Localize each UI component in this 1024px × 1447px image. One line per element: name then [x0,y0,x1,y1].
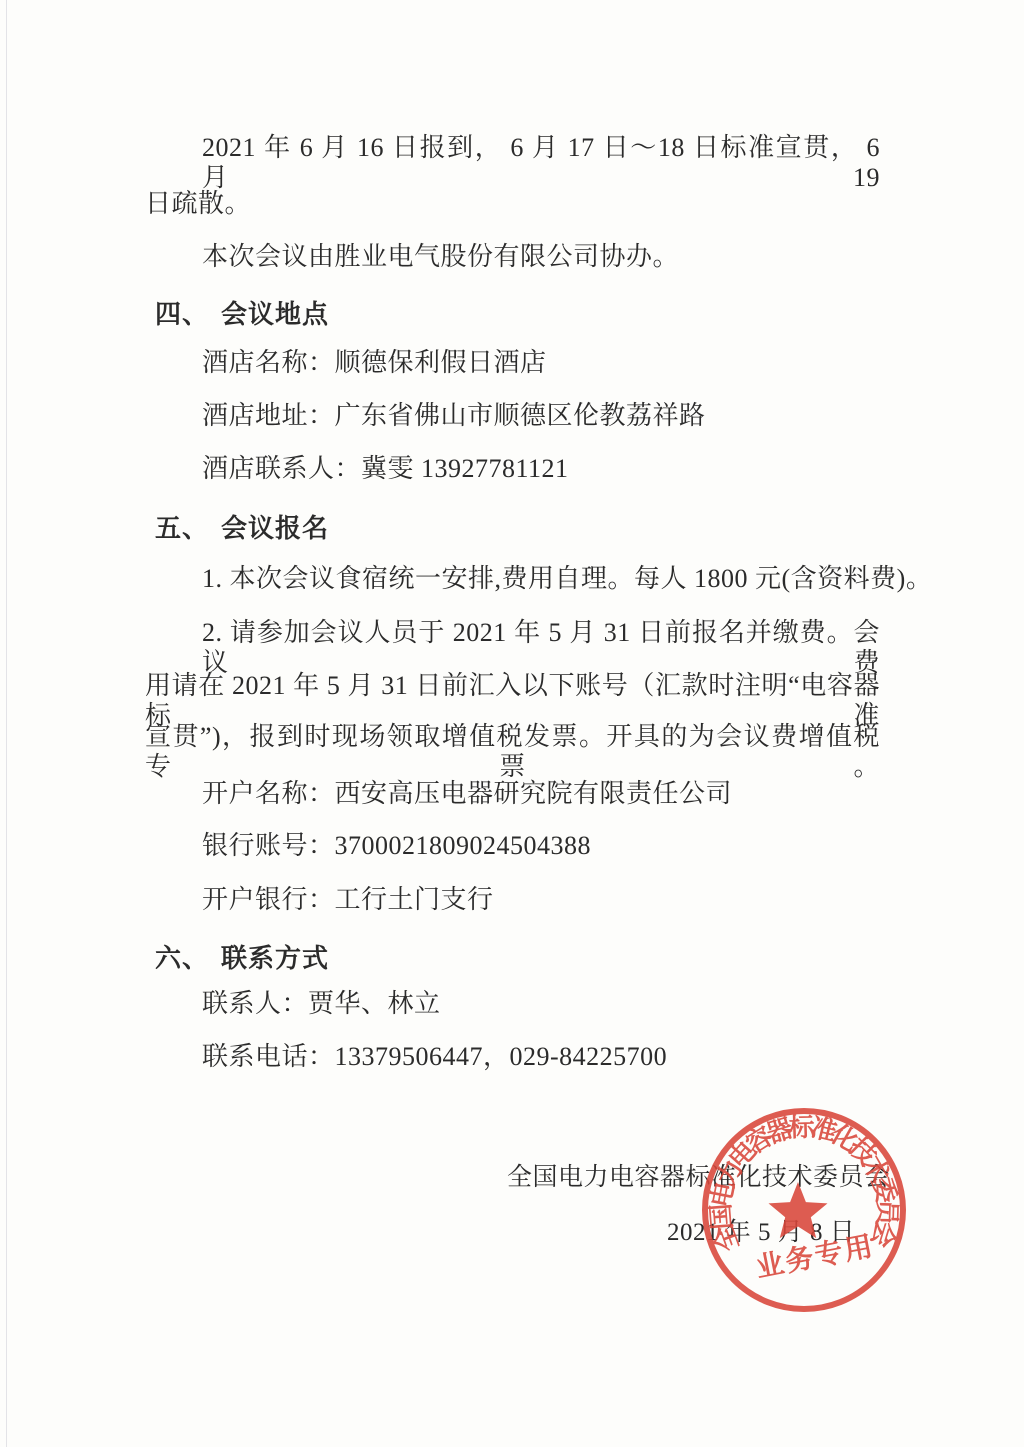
account-bank-line: 开户银行：工行土门支行 [202,885,494,915]
registration-item-2-line-1: 2. 请参加会议人员于 2021 年 5 月 31 日前报名并缴费。会议费 [202,618,880,678]
section-4-title: 会议地点 [221,294,329,331]
schedule-line-2: 日疏散。 [145,189,251,219]
hotel-name-line: 酒店名称：顺德保利假日酒店 [202,348,547,378]
registration-item-2-line-3: 宣贯”)，报到时现场领取增值税发票。开具的为会议费增值税专票。 [145,722,880,782]
hotel-address-line: 酒店地址：广东省佛山市顺德区伦教荔祥路 [202,401,706,431]
contact-phone-line: 联系电话：13379506447，029-84225700 [202,1042,667,1072]
official-seal-stamp: 全国电力电容器标准化技术委员会 业务专用 [700,1106,908,1314]
account-number-line: 银行账号：3700021809024504388 [202,831,591,861]
section-4-number: 四、 [155,294,209,331]
section-6-title: 联系方式 [221,938,329,975]
hotel-contact-line: 酒店联系人：冀雯 13927781121 [202,454,569,484]
seal-star-icon [769,1182,828,1238]
registration-item-1: 1. 本次会议食宿统一安排,费用自理。每人 1800 元(含资料费)。 [202,564,932,594]
section-heading-5: 五、 会议报名 [155,508,329,545]
document-page: 2021 年 6 月 16 日报到， 6 月 17 日～18 日标准宣贯， 6 … [0,0,1024,1447]
account-name-line: 开户名称：西安高压电器研究院有限责任公司 [202,779,732,809]
section-5-title: 会议报名 [221,508,329,545]
coorganizer-line: 本次会议由胜业电气股份有限公司协办。 [202,242,679,272]
seal-graphic: 全国电力电容器标准化技术委员会 业务专用 [700,1106,908,1314]
section-5-number: 五、 [155,508,209,545]
section-6-number: 六、 [155,938,209,975]
section-heading-6: 六、 联系方式 [155,938,329,975]
section-heading-4: 四、 会议地点 [155,294,329,331]
seal-arc-text: 全国电力电容器标准化技术委员会 [706,1112,901,1256]
schedule-line-1: 2021 年 6 月 16 日报到， 6 月 17 日～18 日标准宣贯， 6 … [202,133,880,193]
contact-person-line: 联系人：贾华、林立 [202,989,441,1019]
scan-edge-line [6,0,7,1447]
